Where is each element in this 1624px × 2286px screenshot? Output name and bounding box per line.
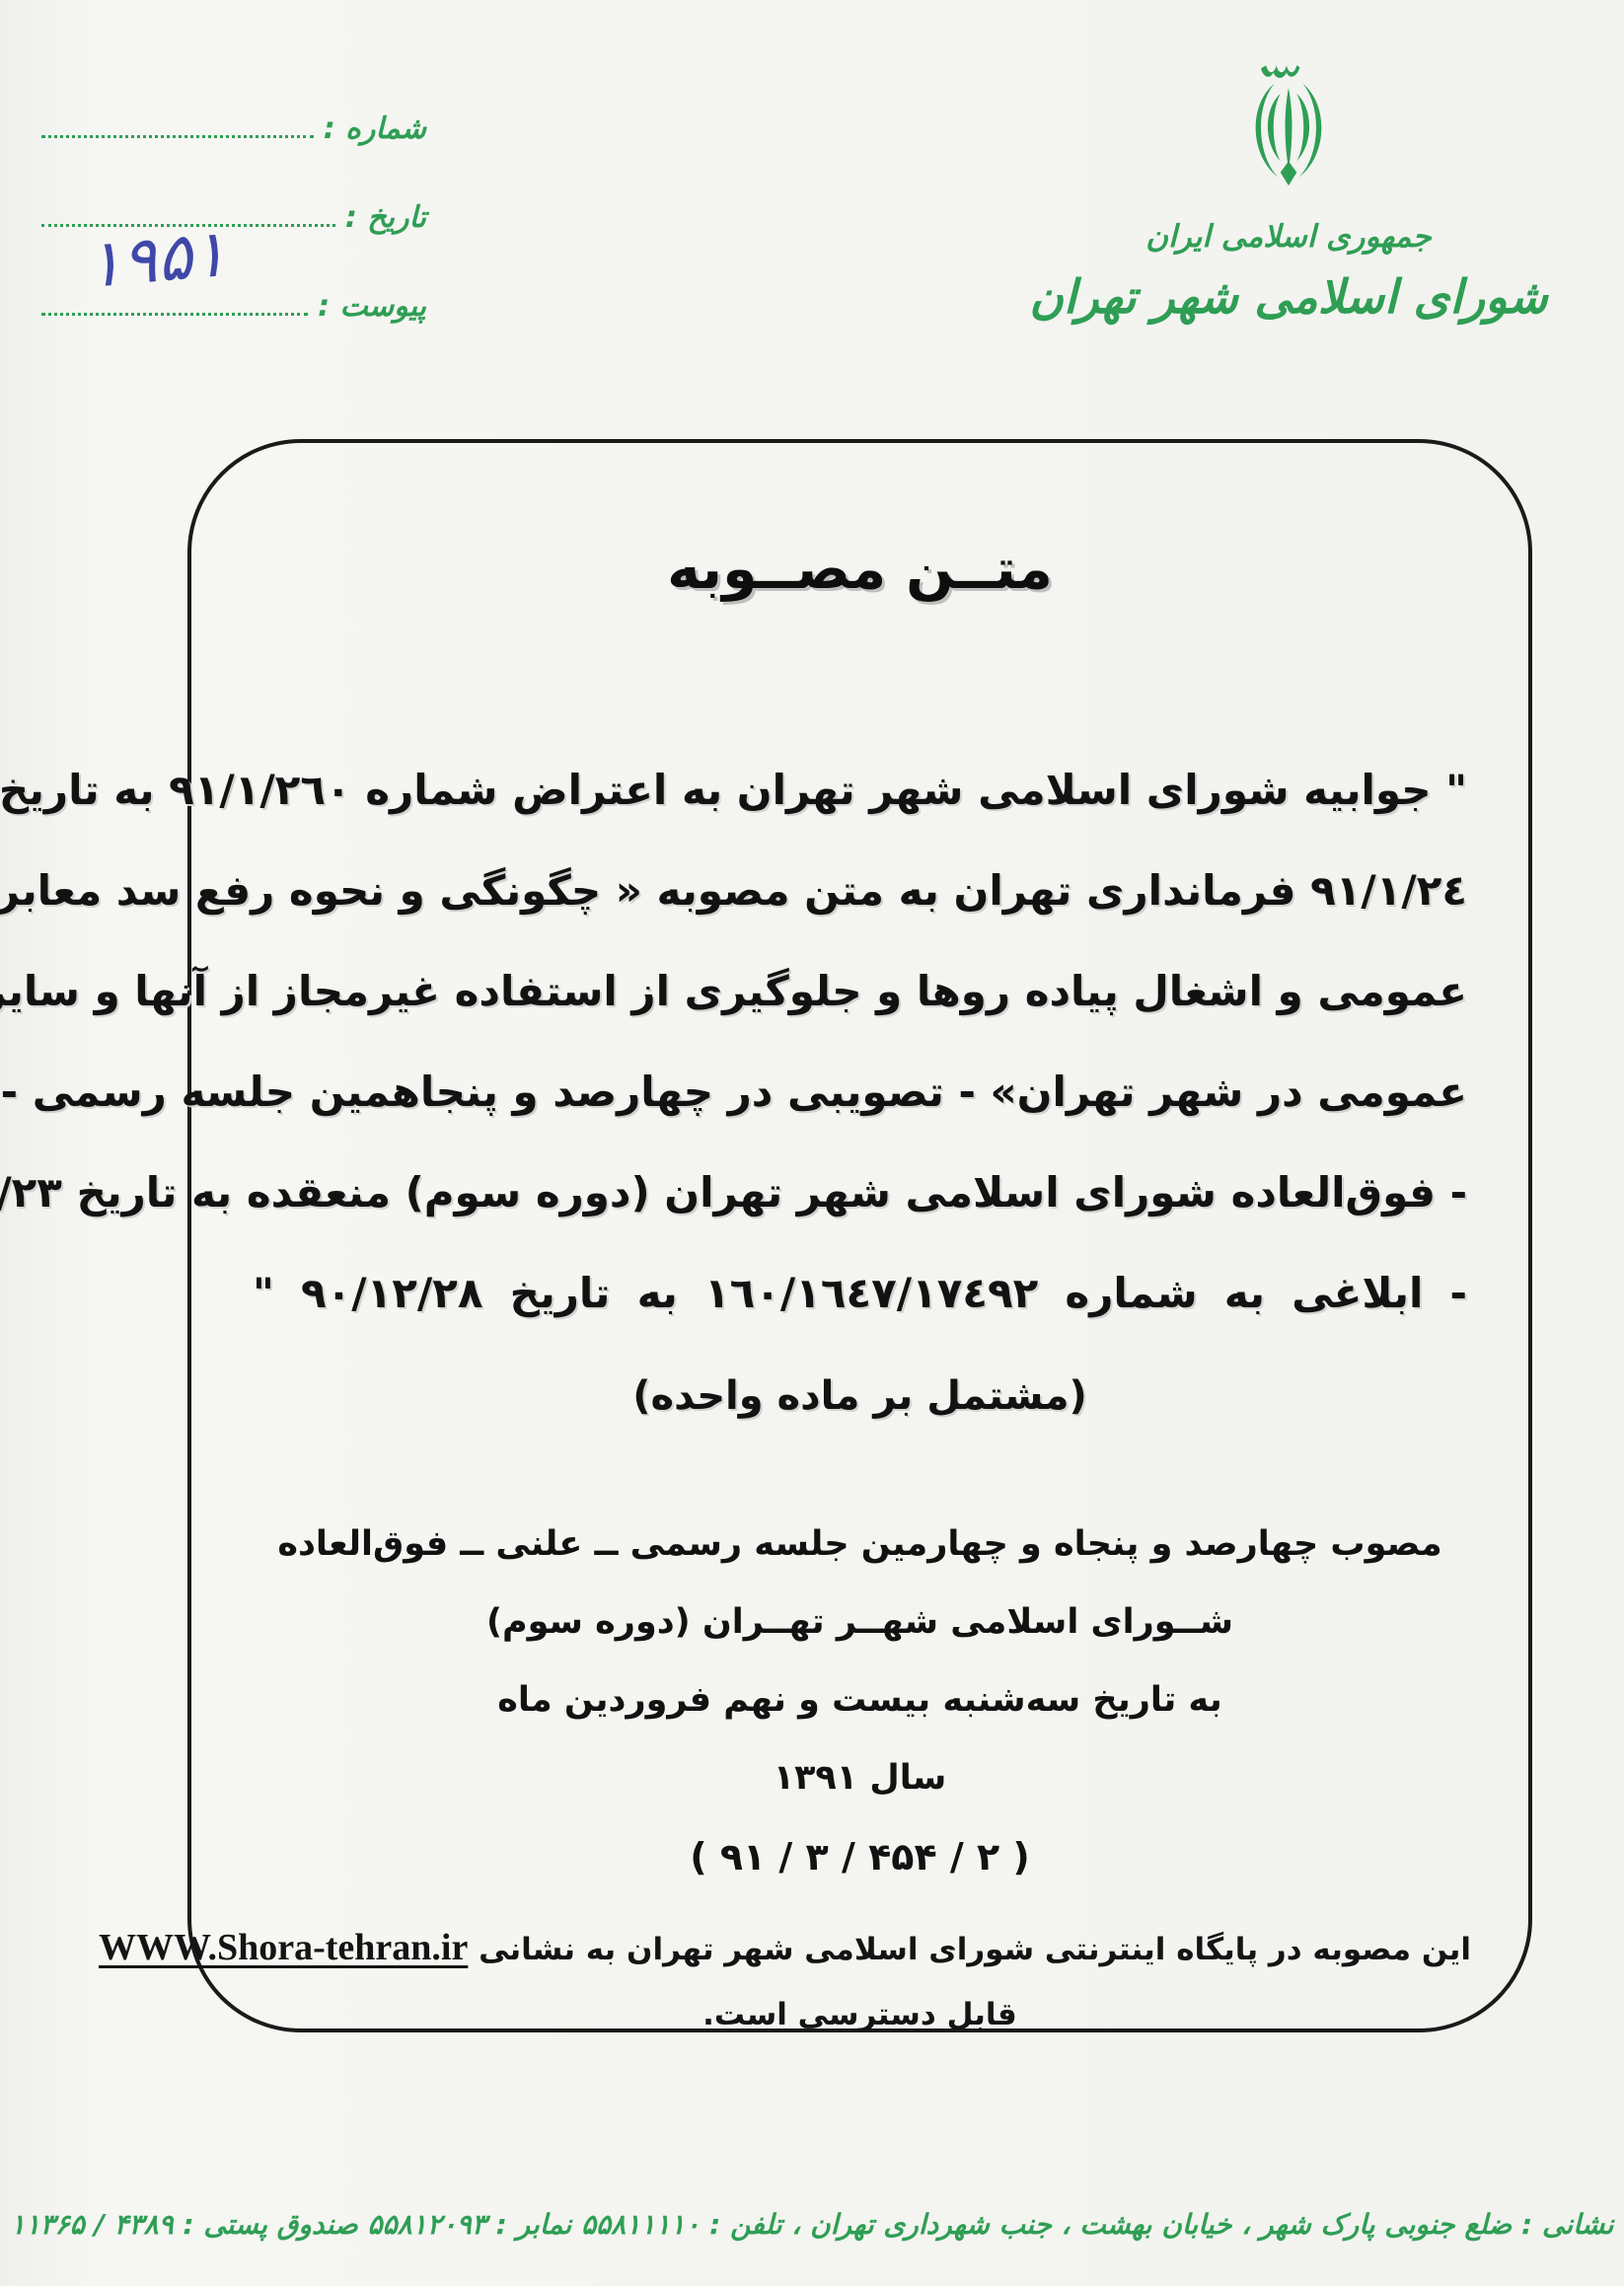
letterhead-fields: شماره : تاریخ : پیوست : ۱۹۵۱ [39,87,426,353]
website-url: WWW.Shora-tehran.ir [99,1927,468,1968]
dotted-line [41,134,314,138]
org-council-name: شورای اسلامی شهر تهران [993,270,1585,325]
scanned-letter-page: { "letterhead": { "green": "#2f9e55", "f… [0,0,1624,2286]
document-frame: متــن مصــوبه " جوابیه شورای اسلامی شهر … [187,439,1532,2032]
field-label-date: تاریخ : [345,203,426,235]
page-footer: نشانی : ضلع جنوبی پارک شهر ، خیابان بهشت… [0,2208,1624,2241]
body-line: عمومی در شهر تهران» - تصویبی در چهارصد و… [253,1042,1467,1143]
web-notice-text: این مصوبه در پایگاه اینترنتی شورای اسلام… [249,1926,1471,1969]
body-line: - ابلاغی به شماره ١٦٠/١٦٤٧/١٧٤٩٢ به تاری… [253,1243,1467,1344]
approval-line: شــورای اسلامی شهــر تهــران (دوره سوم) [191,1584,1528,1661]
body-line: ٩١/١/٢٤ فرمانداری تهران به متن مصوبه « چ… [253,841,1467,941]
field-label-number: شماره : [324,114,426,146]
letterhead-org: جمهوری اسلامی ایران شورای اسلامی شهر تهر… [993,61,1585,325]
footer-address: نشانی : ضلع جنوبی پارک شهر ، خیابان بهشت… [11,2208,1614,2241]
approval-line: مصوب چهارصد و پنجاه و چهارمین جلسه رسمی … [191,1506,1528,1584]
org-country-name: جمهوری اسلامی ایران [993,219,1585,255]
approval-line: به تاریخ سه‌شنبه بیست و نهم فروردین ماه [191,1661,1528,1739]
document-title: متــن مصــوبه [191,537,1528,602]
handwritten-attachment-number: ۱۹۵۱ [84,221,229,298]
web-notice: این مصوبه در پایگاه اینترنتی شورای اسلام… [191,1926,1528,2032]
web-notice-suffix: قابل دسترسی است. [249,1997,1471,2032]
field-row-number: شماره : [39,87,426,146]
web-notice-prefix: این مصوبه در پایگاه اینترنتی شورای اسلام… [479,1932,1471,1967]
body-line: - فوق‌العاده شورای اسلامی شهر تهران (دور… [253,1143,1467,1243]
body-line: " جوابیه شورای اسلامی شهر تهران به اعترا… [253,740,1467,841]
field-label-attachment: پیوست : [318,292,426,324]
iran-emblem-icon [1227,61,1350,209]
body-note: (مشتمل بر ماده واحده) [253,1373,1467,1419]
dotted-line [41,312,308,316]
body-line: عمومی و اشغال پیاده روها و جلوگیری از اس… [253,941,1467,1042]
approval-code-value: ( ۹۱ / ۳ / ۴۵۴ / ۲ ) [690,1835,1030,1879]
approval-code: ( ۹۱ / ۳ / ۴۵۴ / ۲ ) [191,1835,1528,1879]
approval-line: سال ۱۳۹۱ [191,1739,1528,1817]
document-body: " جوابیه شورای اسلامی شهر تهران به اعترا… [191,740,1528,1419]
approval-block: مصوب چهارصد و پنجاه و چهارمین جلسه رسمی … [191,1506,1528,1879]
